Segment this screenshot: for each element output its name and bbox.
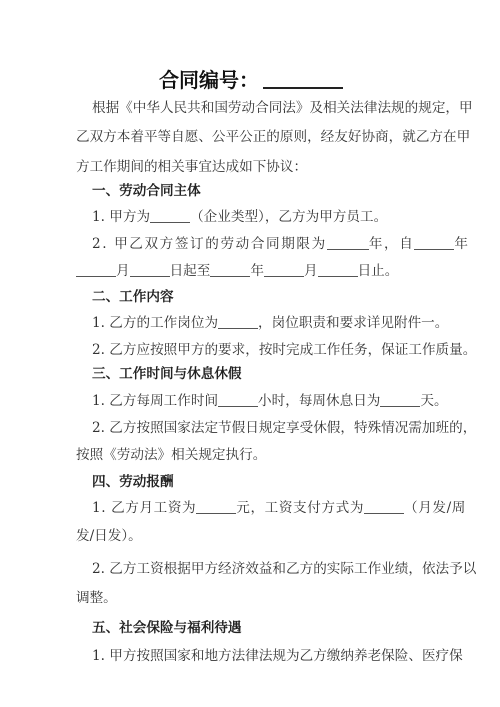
blank-monthly-salary	[196, 499, 236, 514]
blank-end-year	[210, 262, 250, 277]
section-3-item-1: 1. 乙方每周工作时间小时，每周休息日为天。	[92, 391, 442, 411]
section-4-item-2: 2. 乙方工资根据甲方经济效益和乙方的实际工作业绩，依法予以	[92, 559, 442, 579]
section-2-item-2: 2. 乙方应按照甲方的要求，按时完成工作任务，保证工作质量。	[92, 340, 442, 360]
blank-rest-days	[380, 392, 420, 407]
intro-line-2: 乙双方本着平等自愿、公平公正的原则，经友好协商，就乙方在甲	[76, 127, 426, 147]
section-4-item-1-cont: 发/日发）。	[76, 526, 426, 546]
intro-line-3: 方工作期间的相关事宜达成如下协议：	[76, 157, 426, 177]
blank-weekly-hours	[218, 392, 258, 407]
blank-enterprise-type	[150, 208, 190, 223]
blank-start-day	[130, 262, 170, 277]
section-heading-3: 三、工作时间与休息休假	[92, 364, 242, 384]
contract-number-label: 合同编号：	[159, 68, 259, 92]
section-5-item-1: 1. 甲方按照国家和地方法律法规为乙方缴纳养老保险、医疗保	[92, 646, 442, 666]
intro-line-1: 根据《中华人民共和国劳动合同法》及相关法律法规的规定，甲	[92, 98, 442, 118]
section-4-item-2-cont: 调整。	[76, 588, 426, 608]
section-4-item-1: 1. 乙方月工资为元，工资支付方式为（月发/周	[92, 498, 442, 518]
contract-number-blank	[263, 69, 343, 89]
contract-title: 合同编号：	[76, 66, 426, 94]
section-heading-1: 一、劳动合同主体	[92, 181, 201, 201]
section-1-item-2: 2. 甲乙双方签订的劳动合同期限为年，自年	[92, 234, 442, 254]
blank-job-position	[218, 314, 258, 329]
section-2-item-1: 1. 乙方的工作岗位为，岗位职责和要求详见附件一。	[92, 313, 442, 333]
section-3-item-2: 2. 乙方按照国家法定节假日规定享受休假，特殊情况需加班的，	[92, 418, 442, 438]
section-3-item-2-cont: 按照《劳动法》相关规定执行。	[76, 445, 426, 465]
section-1-item-2-cont: 月日起至年月日止。	[76, 261, 426, 281]
blank-start-year	[414, 235, 454, 250]
section-heading-4: 四、劳动报酬	[92, 472, 174, 492]
section-heading-2: 二、工作内容	[92, 287, 174, 307]
blank-start-month	[76, 262, 116, 277]
section-heading-5: 五、社会保险与福利待遇	[92, 618, 242, 638]
section-1-item-1: 1. 甲方为（企业类型），乙方为甲方员工。	[92, 207, 442, 227]
blank-term-years	[327, 235, 369, 250]
blank-end-month	[264, 262, 304, 277]
blank-payment-method	[364, 499, 404, 514]
blank-end-day	[318, 262, 358, 277]
